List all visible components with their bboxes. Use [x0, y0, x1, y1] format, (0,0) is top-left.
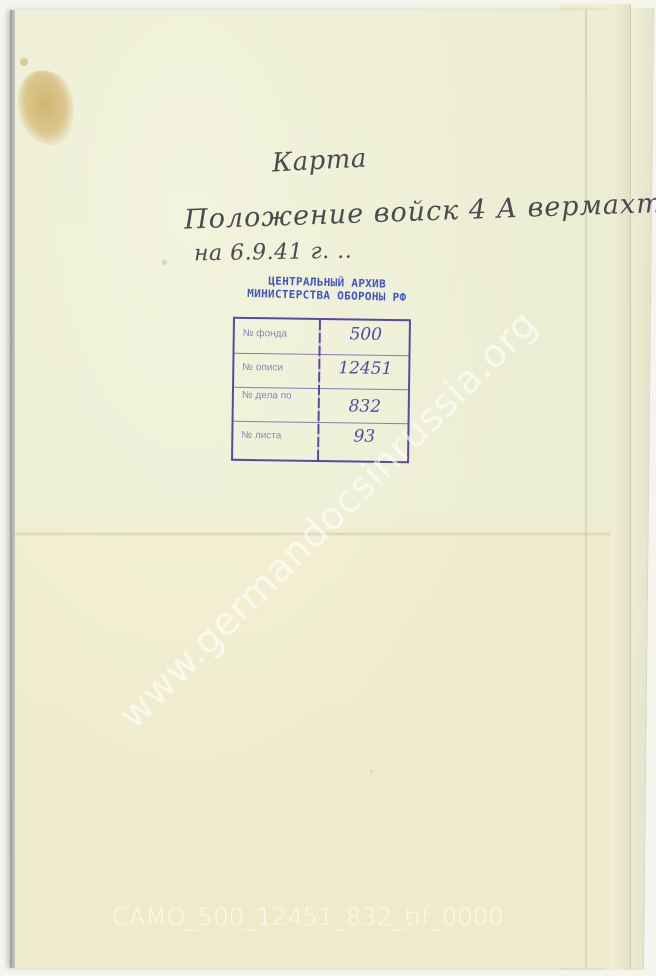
stamp-label: № фонда: [243, 328, 287, 340]
stain-mark: [20, 58, 28, 66]
stain-mark: [12, 66, 80, 151]
stamp-row-opis: № описи 12451: [234, 353, 408, 390]
document-scan: Карта Положение войск 4 А вермахта на 6.…: [0, 0, 656, 976]
handwritten-date: на 6.9.41 г. ..: [194, 239, 353, 267]
speck-mark: [162, 260, 167, 265]
stamp-row-fond: № фонда 500: [234, 319, 408, 356]
stamp-label: № описи: [242, 362, 283, 374]
stamp-value: 832: [326, 396, 404, 417]
fold-line: [585, 10, 587, 968]
stamp-label: № дела по: [242, 390, 292, 403]
stamp-row-delo: № дела по 832: [234, 387, 408, 424]
speck-mark: [370, 770, 373, 773]
filename-label: CAMO_500_12451_832_tif_0000: [112, 903, 504, 931]
archive-stamp-header: ЦЕНТРАЛЬНЫЙ АРХИВ МИНИСТЕРСТВА ОБОРОНЫ Р…: [232, 274, 423, 305]
stamp-label: № листа: [241, 430, 281, 442]
stamp-value: 500: [327, 324, 405, 345]
paper-edge: [10, 10, 15, 968]
stamp-value: 12451: [326, 358, 404, 379]
handwritten-title: Карта: [271, 144, 367, 179]
